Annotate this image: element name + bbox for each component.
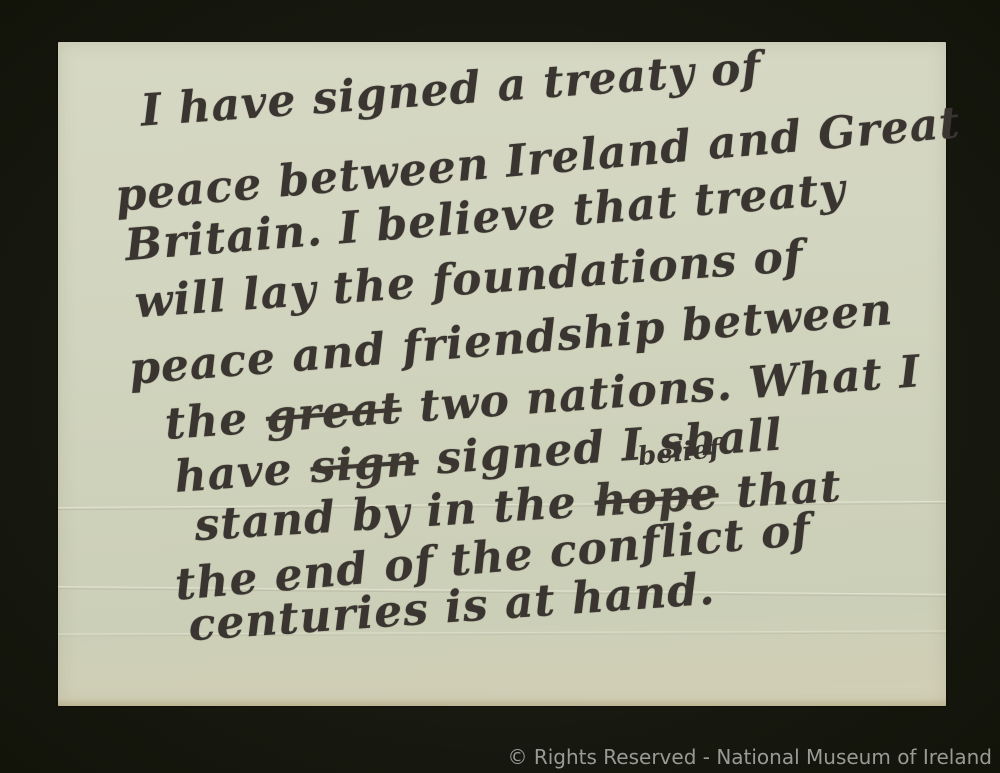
word: have [173,444,294,503]
struck-word: sign [309,435,421,493]
handwritten-note-paper: I have signed a treaty of peace between … [58,42,946,706]
copyright-credit: © Rights Reserved - National Museum of I… [508,745,993,769]
paper-edge-stain [58,698,946,706]
struck-word: great [264,383,403,443]
word: the [163,393,250,450]
dark-mount-background: I have signed a treaty of peace between … [0,0,1000,773]
